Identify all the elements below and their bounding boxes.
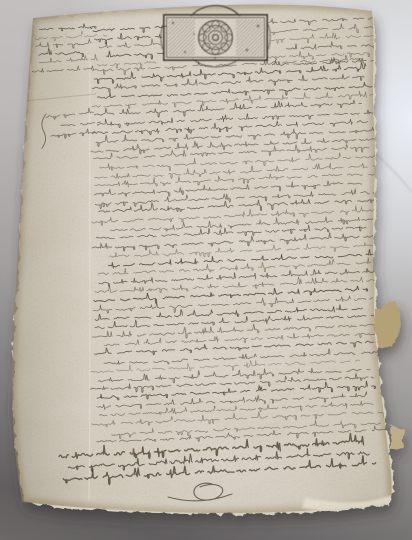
edge-notch-stain [388, 424, 403, 448]
manuscript-photo [0, 0, 412, 540]
stamp-left-arabesque [168, 19, 195, 56]
torn-flap-stain [372, 301, 398, 347]
ornamental-tax-stamp [161, 6, 271, 68]
manuscript-svg [0, 0, 412, 540]
backdrop-crease [372, 150, 412, 192]
stamp-right-arabesque [236, 19, 263, 56]
